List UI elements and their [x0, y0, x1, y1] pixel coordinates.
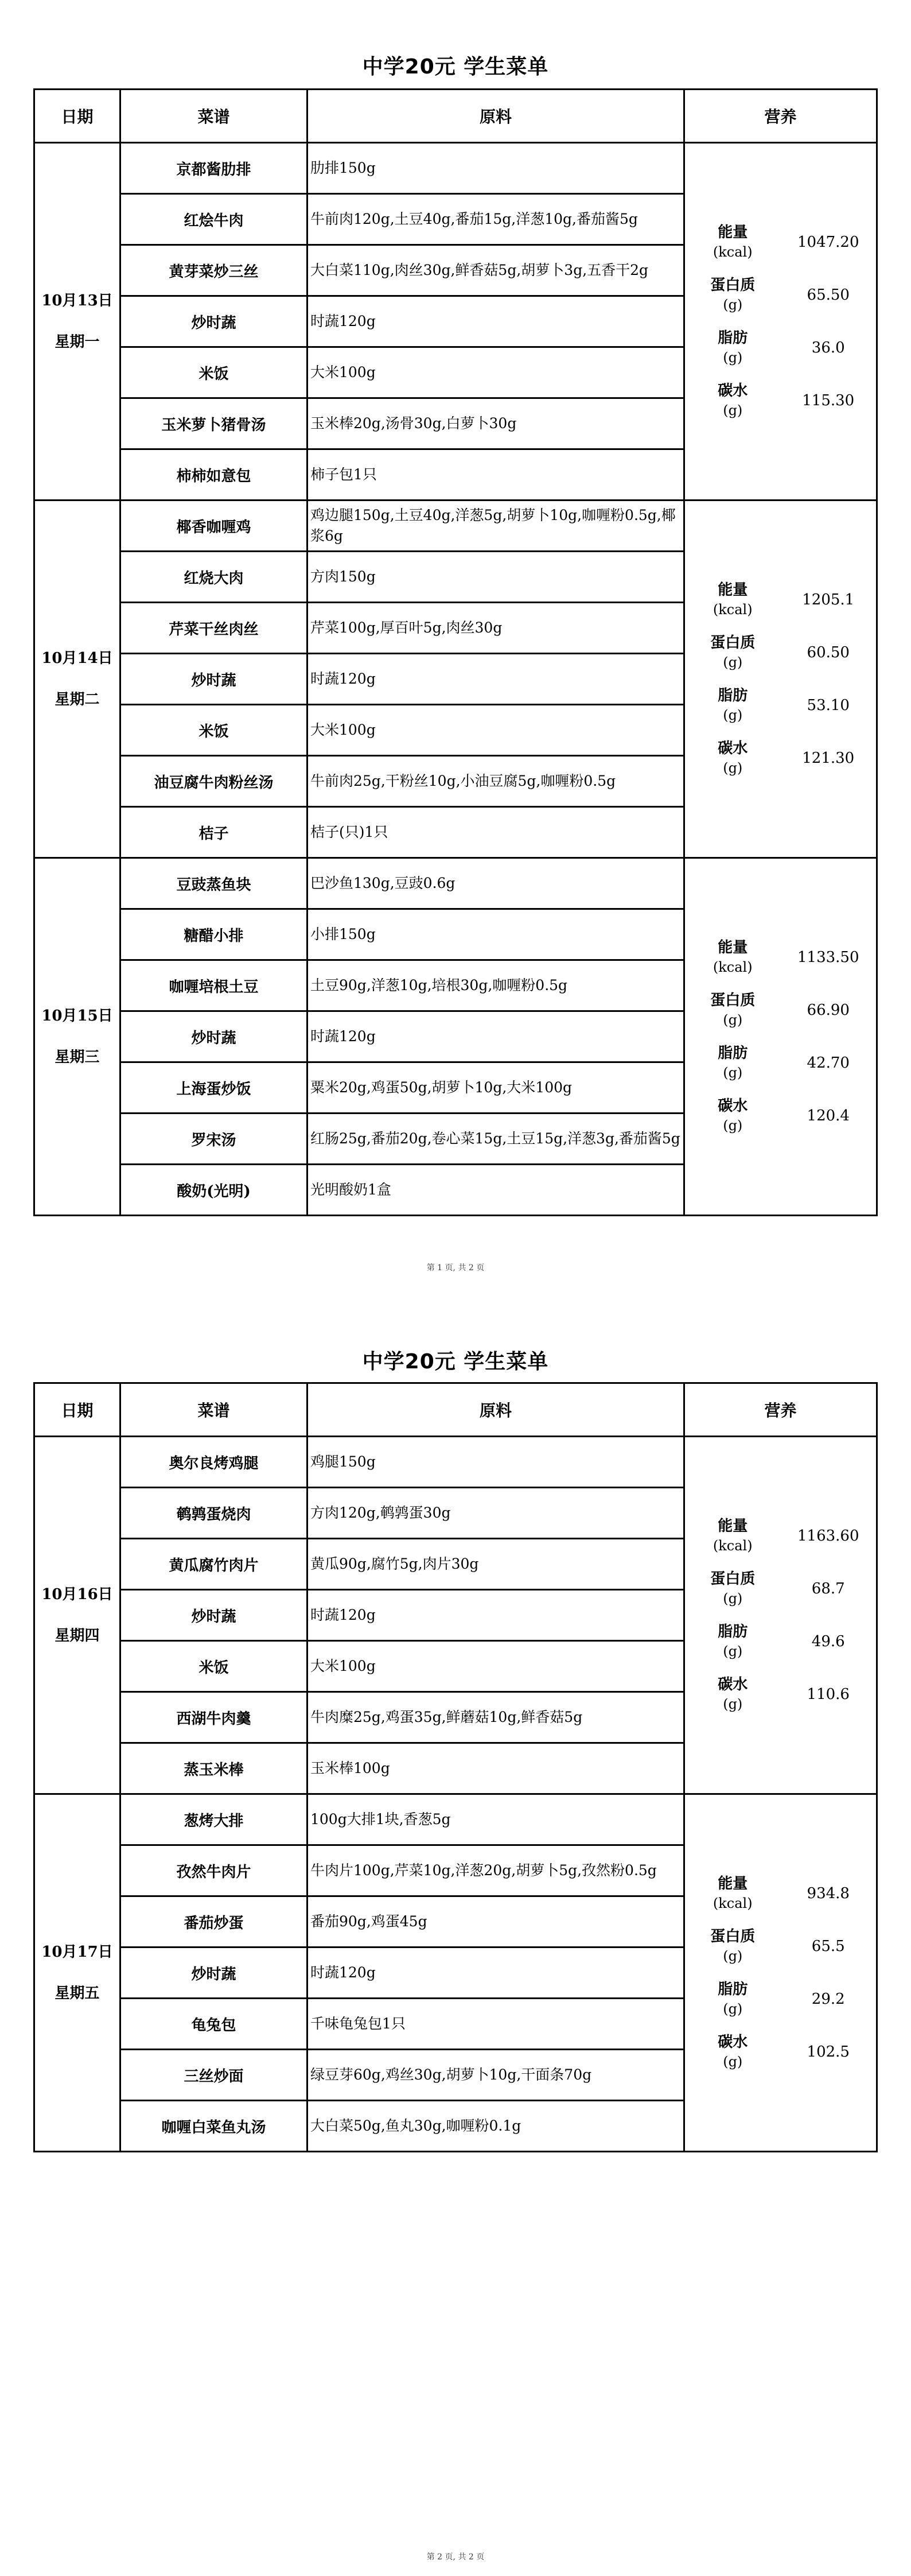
energy-label: 能量(kcal): [685, 1867, 781, 1920]
date-label: 10月16日: [35, 1574, 119, 1615]
ingredients: 小排150g: [307, 909, 684, 960]
nutrition-cell: 能量(kcal)1163.60 蛋白质(g)68.7 脂肪(g)49.6 碳水(…: [684, 1437, 877, 1794]
ingredients: 大白菜50g,鱼丸30g,咖喱粉0.1g: [307, 2101, 684, 2152]
protein-label: 蛋白质(g): [685, 984, 781, 1037]
ingredients: 肋排150g: [307, 143, 684, 194]
dish-name: 米饭: [120, 347, 307, 398]
protein-value: 65.5: [781, 1920, 877, 1973]
carbs-label: 碳水(g): [685, 1668, 781, 1721]
fat-label: 脂肪(g): [685, 679, 781, 732]
dish-name: 炒时蔬: [120, 1947, 307, 1999]
energy-label: 能量(kcal): [685, 216, 781, 269]
menu-table: 日期 菜谱 原料 营养 10月16日 星期四 奥尔良烤鸡腿 鸡腿150g 能量(…: [33, 1382, 878, 2152]
ingredients: 牛前肉25g,干粉丝10g,小油豆腐5g,咖喱粉0.5g: [307, 756, 684, 807]
page-title: 中学20元 学生菜单: [0, 1345, 911, 1375]
ingredients: 时蔬120g: [307, 654, 684, 705]
ingredients: 柿子包1只: [307, 449, 684, 501]
dish-name: 番茄炒蛋: [120, 1896, 307, 1947]
ingredients: 千味龟兔包1只: [307, 1999, 684, 2050]
ingredients: 鸡边腿150g,土豆40g,洋葱5g,胡萝卜10g,咖喱粉0.5g,椰浆6g: [307, 501, 684, 552]
dish-name: 油豆腐牛肉粉丝汤: [120, 756, 307, 807]
nutrition-cell: 能量(kcal)1133.50 蛋白质(g)66.90 脂肪(g)42.70 碳…: [684, 858, 877, 1216]
nutrition-table: 能量(kcal)934.8 蛋白质(g)65.5 脂肪(g)29.2 碳水(g)…: [685, 1867, 876, 2078]
ingredients: 时蔬120g: [307, 1011, 684, 1062]
ingredients: 桔子(只)1只: [307, 807, 684, 858]
table-row: 10月17日 星期五 葱烤大排 100g大排1块,香葱5g 能量(kcal)93…: [34, 1794, 877, 1845]
ingredients: 方肉120g,鹌鹑蛋30g: [307, 1488, 684, 1539]
protein-value: 65.50: [781, 269, 877, 321]
weekday-label: 星期二: [35, 679, 119, 720]
fat-label: 脂肪(g): [685, 1973, 781, 2026]
dish-name: 鹌鹑蛋烧肉: [120, 1488, 307, 1539]
header-date: 日期: [34, 1383, 120, 1437]
dish-name: 米饭: [120, 705, 307, 756]
carbs-value: 110.6: [781, 1668, 877, 1721]
table-row: 10月13日 星期一 京都酱肋排 肋排150g 能量(kcal)1047.20 …: [34, 143, 877, 194]
date-cell: 10月14日 星期二: [34, 501, 120, 858]
dish-name: 炒时蔬: [120, 296, 307, 347]
dish-name: 上海蛋炒饭: [120, 1062, 307, 1114]
date-label: 10月14日: [35, 638, 119, 679]
protein-label: 蛋白质(g): [685, 1920, 781, 1973]
menu-table: 日期 菜谱 原料 营养 10月13日 星期一 京都酱肋排 肋排150g 能量(k…: [33, 88, 878, 1216]
ingredients: 绿豆芽60g,鸡丝30g,胡萝卜10g,干面条70g: [307, 2050, 684, 2101]
ingredients: 粟米20g,鸡蛋50g,胡萝卜10g,大米100g: [307, 1062, 684, 1114]
carbs-label: 碳水(g): [685, 374, 781, 427]
carbs-label: 碳水(g): [685, 1089, 781, 1142]
fat-value: 36.0: [781, 321, 877, 374]
nutrition-table: 能量(kcal)1133.50 蛋白质(g)66.90 脂肪(g)42.70 碳…: [685, 931, 876, 1142]
energy-label: 能量(kcal): [685, 1510, 781, 1562]
nutrition-table: 能量(kcal)1047.20 蛋白质(g)65.50 脂肪(g)36.0 碳水…: [685, 216, 876, 427]
dish-name: 奥尔良烤鸡腿: [120, 1437, 307, 1488]
page-1: 中学20元 学生菜单 日期 菜谱 原料 营养 10月13日 星期一 京都酱肋排 …: [0, 0, 911, 1288]
ingredients: 番茄90g,鸡蛋45g: [307, 1896, 684, 1947]
header-dish: 菜谱: [120, 1383, 307, 1437]
header-nutrition: 营养: [684, 90, 877, 143]
nutrition-table: 能量(kcal)1205.1 蛋白质(g)60.50 脂肪(g)53.10 碳水…: [685, 573, 876, 785]
page-footer: 第 1 页, 共 2 页: [0, 1262, 911, 1273]
dish-name: 蒸玉米棒: [120, 1743, 307, 1794]
energy-value: 1163.60: [781, 1510, 877, 1562]
date-cell: 10月13日 星期一: [34, 143, 120, 501]
dish-name: 黄瓜腐竹肉片: [120, 1539, 307, 1590]
date-cell: 10月15日 星期三: [34, 858, 120, 1216]
ingredients: 玉米棒100g: [307, 1743, 684, 1794]
weekday-label: 星期五: [35, 1973, 119, 2014]
fat-label: 脂肪(g): [685, 321, 781, 374]
fat-value: 53.10: [781, 679, 877, 732]
ingredients: 光明酸奶1盒: [307, 1165, 684, 1216]
dish-name: 芹菜干丝肉丝: [120, 603, 307, 654]
date-label: 10月13日: [35, 280, 119, 321]
ingredients: 大米100g: [307, 347, 684, 398]
fat-value: 42.70: [781, 1037, 877, 1089]
carbs-value: 120.4: [781, 1089, 877, 1142]
dish-name: 炒时蔬: [120, 1011, 307, 1062]
ingredients: 芹菜100g,厚百叶5g,肉丝30g: [307, 603, 684, 654]
dish-name: 京都酱肋排: [120, 143, 307, 194]
dish-name: 咖喱培根土豆: [120, 960, 307, 1011]
nutrition-cell: 能量(kcal)1205.1 蛋白质(g)60.50 脂肪(g)53.10 碳水…: [684, 501, 877, 858]
protein-value: 68.7: [781, 1562, 877, 1615]
ingredients: 时蔬120g: [307, 296, 684, 347]
energy-value: 934.8: [781, 1867, 877, 1920]
dish-name: 酸奶(光明): [120, 1165, 307, 1216]
fat-value: 49.6: [781, 1615, 877, 1668]
carbs-label: 碳水(g): [685, 2026, 781, 2078]
dish-name: 炒时蔬: [120, 654, 307, 705]
protein-label: 蛋白质(g): [685, 626, 781, 679]
date-label: 10月15日: [35, 995, 119, 1037]
dish-name: 孜然牛肉片: [120, 1845, 307, 1896]
nutrition-cell: 能量(kcal)1047.20 蛋白质(g)65.50 脂肪(g)36.0 碳水…: [684, 143, 877, 501]
ingredients: 方肉150g: [307, 552, 684, 603]
dish-name: 咖喱白菜鱼丸汤: [120, 2101, 307, 2152]
nutrition-cell: 能量(kcal)934.8 蛋白质(g)65.5 脂肪(g)29.2 碳水(g)…: [684, 1794, 877, 2152]
ingredients: 100g大排1块,香葱5g: [307, 1794, 684, 1845]
dish-name: 椰香咖喱鸡: [120, 501, 307, 552]
ingredients: 大米100g: [307, 1641, 684, 1692]
dish-name: 糖醋小排: [120, 909, 307, 960]
date-cell: 10月17日 星期五: [34, 1794, 120, 2152]
dish-name: 炒时蔬: [120, 1590, 307, 1641]
dish-name: 豆豉蒸鱼块: [120, 858, 307, 909]
energy-value: 1047.20: [781, 216, 877, 269]
weekday-label: 星期三: [35, 1037, 119, 1078]
ingredients: 牛肉片100g,芹菜10g,洋葱20g,胡萝卜5g,孜然粉0.5g: [307, 1845, 684, 1896]
protein-label: 蛋白质(g): [685, 1562, 781, 1615]
table-row: 10月16日 星期四 奥尔良烤鸡腿 鸡腿150g 能量(kcal)1163.60…: [34, 1437, 877, 1488]
protein-value: 66.90: [781, 984, 877, 1037]
energy-label: 能量(kcal): [685, 931, 781, 984]
ingredients: 时蔬120g: [307, 1590, 684, 1641]
ingredients: 土豆90g,洋葱10g,培根30g,咖喱粉0.5g: [307, 960, 684, 1011]
table-header-row: 日期 菜谱 原料 营养: [34, 90, 877, 143]
table-row: 10月15日 星期三 豆豉蒸鱼块 巴沙鱼130g,豆豉0.6g 能量(kcal)…: [34, 858, 877, 909]
ingredients: 大米100g: [307, 705, 684, 756]
dish-name: 米饭: [120, 1641, 307, 1692]
dish-name: 三丝炒面: [120, 2050, 307, 2101]
fat-label: 脂肪(g): [685, 1615, 781, 1668]
energy-label: 能量(kcal): [685, 573, 781, 626]
ingredients: 黄瓜90g,腐竹5g,肉片30g: [307, 1539, 684, 1590]
header-ingredients: 原料: [307, 1383, 684, 1437]
carbs-value: 115.30: [781, 374, 877, 427]
ingredients: 牛肉糜25g,鸡蛋35g,鲜蘑菇10g,鲜香菇5g: [307, 1692, 684, 1743]
header-dish: 菜谱: [120, 90, 307, 143]
energy-value: 1205.1: [781, 573, 877, 626]
header-ingredients: 原料: [307, 90, 684, 143]
ingredients: 大白菜110g,肉丝30g,鲜香菇5g,胡萝卜3g,五香干2g: [307, 245, 684, 296]
carbs-value: 121.30: [781, 732, 877, 785]
protein-label: 蛋白质(g): [685, 269, 781, 321]
fat-value: 29.2: [781, 1973, 877, 2026]
date-label: 10月17日: [35, 1931, 119, 1973]
table-row: 10月14日 星期二 椰香咖喱鸡 鸡边腿150g,土豆40g,洋葱5g,胡萝卜1…: [34, 501, 877, 552]
dish-name: 葱烤大排: [120, 1794, 307, 1845]
page-title: 中学20元 学生菜单: [0, 51, 911, 80]
ingredients: 红肠25g,番茄20g,卷心菜15g,土豆15g,洋葱3g,番茄酱5g: [307, 1114, 684, 1165]
fat-label: 脂肪(g): [685, 1037, 781, 1089]
header-nutrition: 营养: [684, 1383, 877, 1437]
date-cell: 10月16日 星期四: [34, 1437, 120, 1794]
page-footer: 第 2 页, 共 2 页: [0, 2551, 911, 2562]
table-header-row: 日期 菜谱 原料 营养: [34, 1383, 877, 1437]
header-date: 日期: [34, 90, 120, 143]
dish-name: 柿柿如意包: [120, 449, 307, 501]
ingredients: 玉米棒20g,汤骨30g,白萝卜30g: [307, 398, 684, 449]
carbs-label: 碳水(g): [685, 732, 781, 785]
nutrition-table: 能量(kcal)1163.60 蛋白质(g)68.7 脂肪(g)49.6 碳水(…: [685, 1510, 876, 1721]
dish-name: 玉米萝卜猪骨汤: [120, 398, 307, 449]
dish-name: 龟兔包: [120, 1999, 307, 2050]
dish-name: 罗宋汤: [120, 1114, 307, 1165]
ingredients: 鸡腿150g: [307, 1437, 684, 1488]
energy-value: 1133.50: [781, 931, 877, 984]
dish-name: 红烧大肉: [120, 552, 307, 603]
ingredients: 巴沙鱼130g,豆豉0.6g: [307, 858, 684, 909]
protein-value: 60.50: [781, 626, 877, 679]
dish-name: 红烩牛肉: [120, 194, 307, 245]
page-2: 中学20元 学生菜单 日期 菜谱 原料 营养 10月16日 星期四 奥尔良烤鸡腿…: [0, 1288, 911, 2576]
dish-name: 西湖牛肉羹: [120, 1692, 307, 1743]
ingredients: 时蔬120g: [307, 1947, 684, 1999]
weekday-label: 星期一: [35, 321, 119, 363]
dish-name: 黄芽菜炒三丝: [120, 245, 307, 296]
dish-name: 桔子: [120, 807, 307, 858]
weekday-label: 星期四: [35, 1615, 119, 1656]
ingredients: 牛前肉120g,土豆40g,番茄15g,洋葱10g,番茄酱5g: [307, 194, 684, 245]
carbs-value: 102.5: [781, 2026, 877, 2078]
